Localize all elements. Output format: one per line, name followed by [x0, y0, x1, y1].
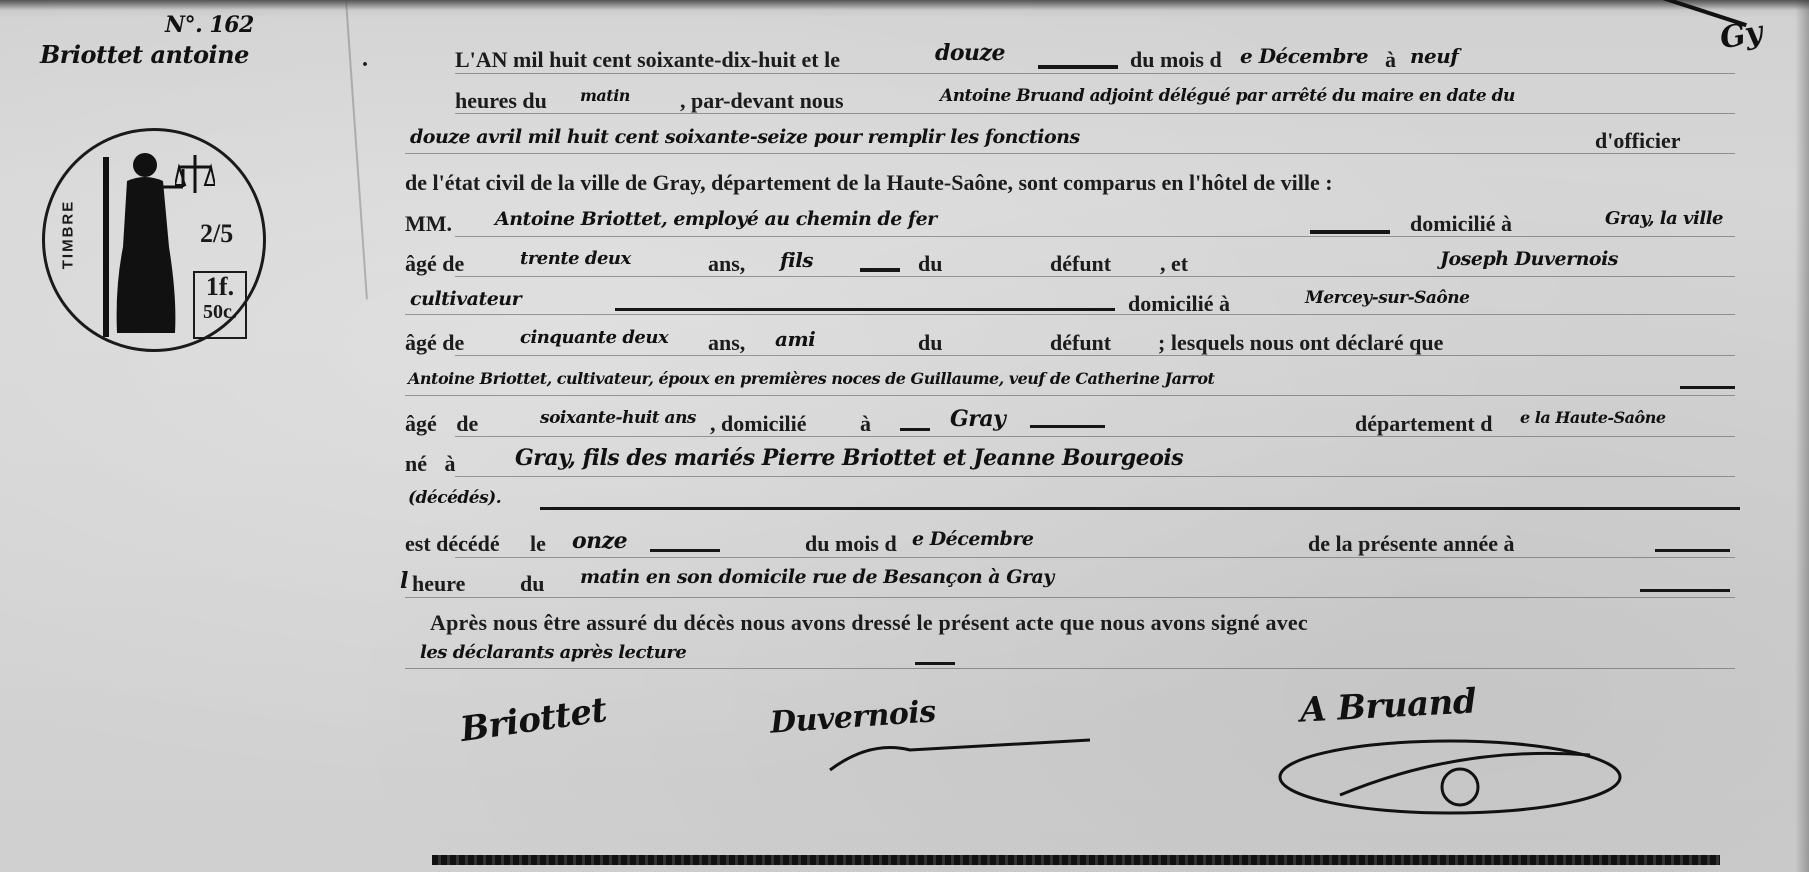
signature-paraph	[1260, 715, 1640, 825]
handwritten-birthplace-parents: Gray, fils des mariés Pierre Briottet et…	[515, 445, 1183, 471]
printed-text: du	[918, 330, 942, 356]
handwritten-death-month: e Décembre	[912, 528, 1033, 550]
handwritten-day: douze	[935, 40, 1005, 66]
printed-text: défunt	[1050, 330, 1111, 356]
tax-stamp: TIMBRE 2/5 1f. 50c.	[42, 128, 266, 352]
entry-number: N°. 162	[165, 12, 254, 38]
printed-text: de l'état civil de la ville de Gray, dép…	[405, 170, 1333, 196]
printed-text: âgé de	[405, 330, 464, 356]
handwritten-relation-2: ami	[775, 327, 815, 351]
printed-text: à	[860, 411, 871, 437]
printed-text: ans,	[708, 330, 745, 356]
printed-text: âgé de	[405, 251, 464, 277]
blank-filler	[1655, 549, 1730, 552]
scales-icon	[175, 153, 215, 203]
printed-text: de la présente année à	[1308, 531, 1515, 557]
ruled-line	[405, 153, 1735, 154]
handwritten-hour: neuf	[1410, 44, 1458, 68]
handwritten-officer: Antoine Bruand adjoint délégué par arrêt…	[940, 86, 1515, 106]
printed-text-closing: Après nous être assuré du décès nous avo…	[430, 610, 1308, 636]
printed-text: département d	[1355, 411, 1492, 437]
handwritten-age-deceased: soixante-huit ans	[540, 408, 696, 428]
handwritten-declarant-1: Antoine Briottet, employé au chemin de f…	[495, 208, 937, 230]
blank-filler	[650, 549, 720, 552]
printed-text: , et	[1160, 251, 1188, 277]
handwritten-age-2: cinquante deux	[520, 327, 668, 348]
blank-filler	[900, 428, 930, 431]
handwritten-death-day: onze	[572, 528, 627, 554]
ruled-line	[455, 113, 1735, 114]
stamp-value-top: 2/5	[200, 219, 233, 249]
printed-text: ; lesquels nous ont déclaré que	[1158, 330, 1443, 356]
printed-text: du mois d	[805, 531, 897, 557]
blank-filler	[915, 662, 955, 665]
ruled-line	[405, 395, 1735, 396]
printed-text: âgé de	[405, 411, 478, 437]
blank-filler	[1680, 386, 1735, 389]
handwritten-declarant-2: Joseph Duvernois	[1440, 248, 1618, 270]
stamp-centimes: 50c.	[195, 301, 245, 323]
printed-text: du	[918, 251, 942, 277]
printed-text: MM.	[405, 211, 452, 237]
printed-text: domicilié à	[1410, 211, 1512, 237]
handwritten-closing: les déclarants après lecture	[420, 642, 686, 663]
blank-filler	[1640, 589, 1730, 592]
ruled-line	[455, 436, 1735, 437]
handwritten-parents-status: (décédés).	[408, 488, 501, 508]
handwritten-delegation: douze avril mil huit cent soixante-seize…	[410, 126, 1080, 148]
signature-flourish	[810, 720, 1110, 780]
printed-text: du	[520, 571, 544, 597]
handwritten-occupation-2: cultivateur	[410, 288, 521, 310]
printed-text: heures du	[455, 88, 547, 114]
margin-dot: .	[362, 46, 368, 73]
handwritten-domicile-1: Gray, la ville	[1605, 208, 1723, 229]
page-bottom-rule	[432, 855, 1720, 865]
handwritten-relation-1: fils	[780, 248, 813, 272]
handwritten-domicile-2: Mercey-sur-Saône	[1305, 288, 1469, 308]
printed-text: L'AN mil huit cent soixante-dix-huit et …	[455, 47, 840, 73]
ruled-line	[455, 476, 1735, 477]
stamp-franc: 1f.	[195, 273, 245, 301]
blank-filler	[1038, 65, 1118, 69]
printed-text: défunt	[1050, 251, 1111, 277]
justice-figure-icon	[97, 147, 185, 337]
handwritten-department: e la Haute-Saône	[1520, 408, 1666, 427]
blank-filler	[860, 268, 900, 272]
ruled-line	[405, 314, 1735, 315]
ruled-line	[455, 557, 1735, 558]
stamp-label: TIMBRE	[59, 200, 76, 270]
ruled-line	[455, 236, 1735, 237]
blank-filler	[1310, 230, 1390, 234]
handwritten-time-of-day: matin	[580, 86, 630, 105]
printed-text: domicilié à	[1128, 291, 1230, 317]
handwritten-month: e Décembre	[1240, 44, 1368, 68]
printed-text: est décédé	[405, 531, 500, 557]
printed-text: heure	[412, 571, 465, 597]
ruled-line	[455, 73, 1735, 74]
printed-text: le	[530, 531, 546, 557]
handwritten-hour-prefix: l	[400, 568, 408, 594]
handwritten-age-1: trente deux	[520, 248, 631, 269]
blank-filler	[540, 507, 1740, 510]
blank-filler	[615, 308, 1115, 311]
blank-filler	[1030, 425, 1105, 428]
printed-text: du mois d	[1130, 47, 1222, 73]
scan-edge-shadow	[0, 0, 1809, 10]
stamp-value-box: 1f. 50c.	[193, 271, 247, 339]
ruled-line	[405, 668, 1735, 669]
scan-edge-shadow-right	[1795, 0, 1809, 872]
printed-text: ans,	[708, 251, 745, 277]
ruled-line	[405, 597, 1735, 598]
printed-text: né à	[405, 451, 456, 477]
printed-text: d'officier	[1595, 128, 1681, 154]
deceased-name-margin: Briottet antoine	[40, 40, 249, 69]
printed-text: , domicilié	[710, 411, 807, 437]
printed-text: à	[1385, 47, 1396, 73]
printed-text: , par-devant nous	[680, 88, 844, 114]
handwritten-deceased-description: Antoine Briottet, cultivateur, époux en …	[408, 369, 1214, 388]
handwritten-death-place: matin en son domicile rue de Besançon à …	[580, 566, 1054, 588]
handwritten-domicile-deceased: Gray	[950, 406, 1005, 432]
